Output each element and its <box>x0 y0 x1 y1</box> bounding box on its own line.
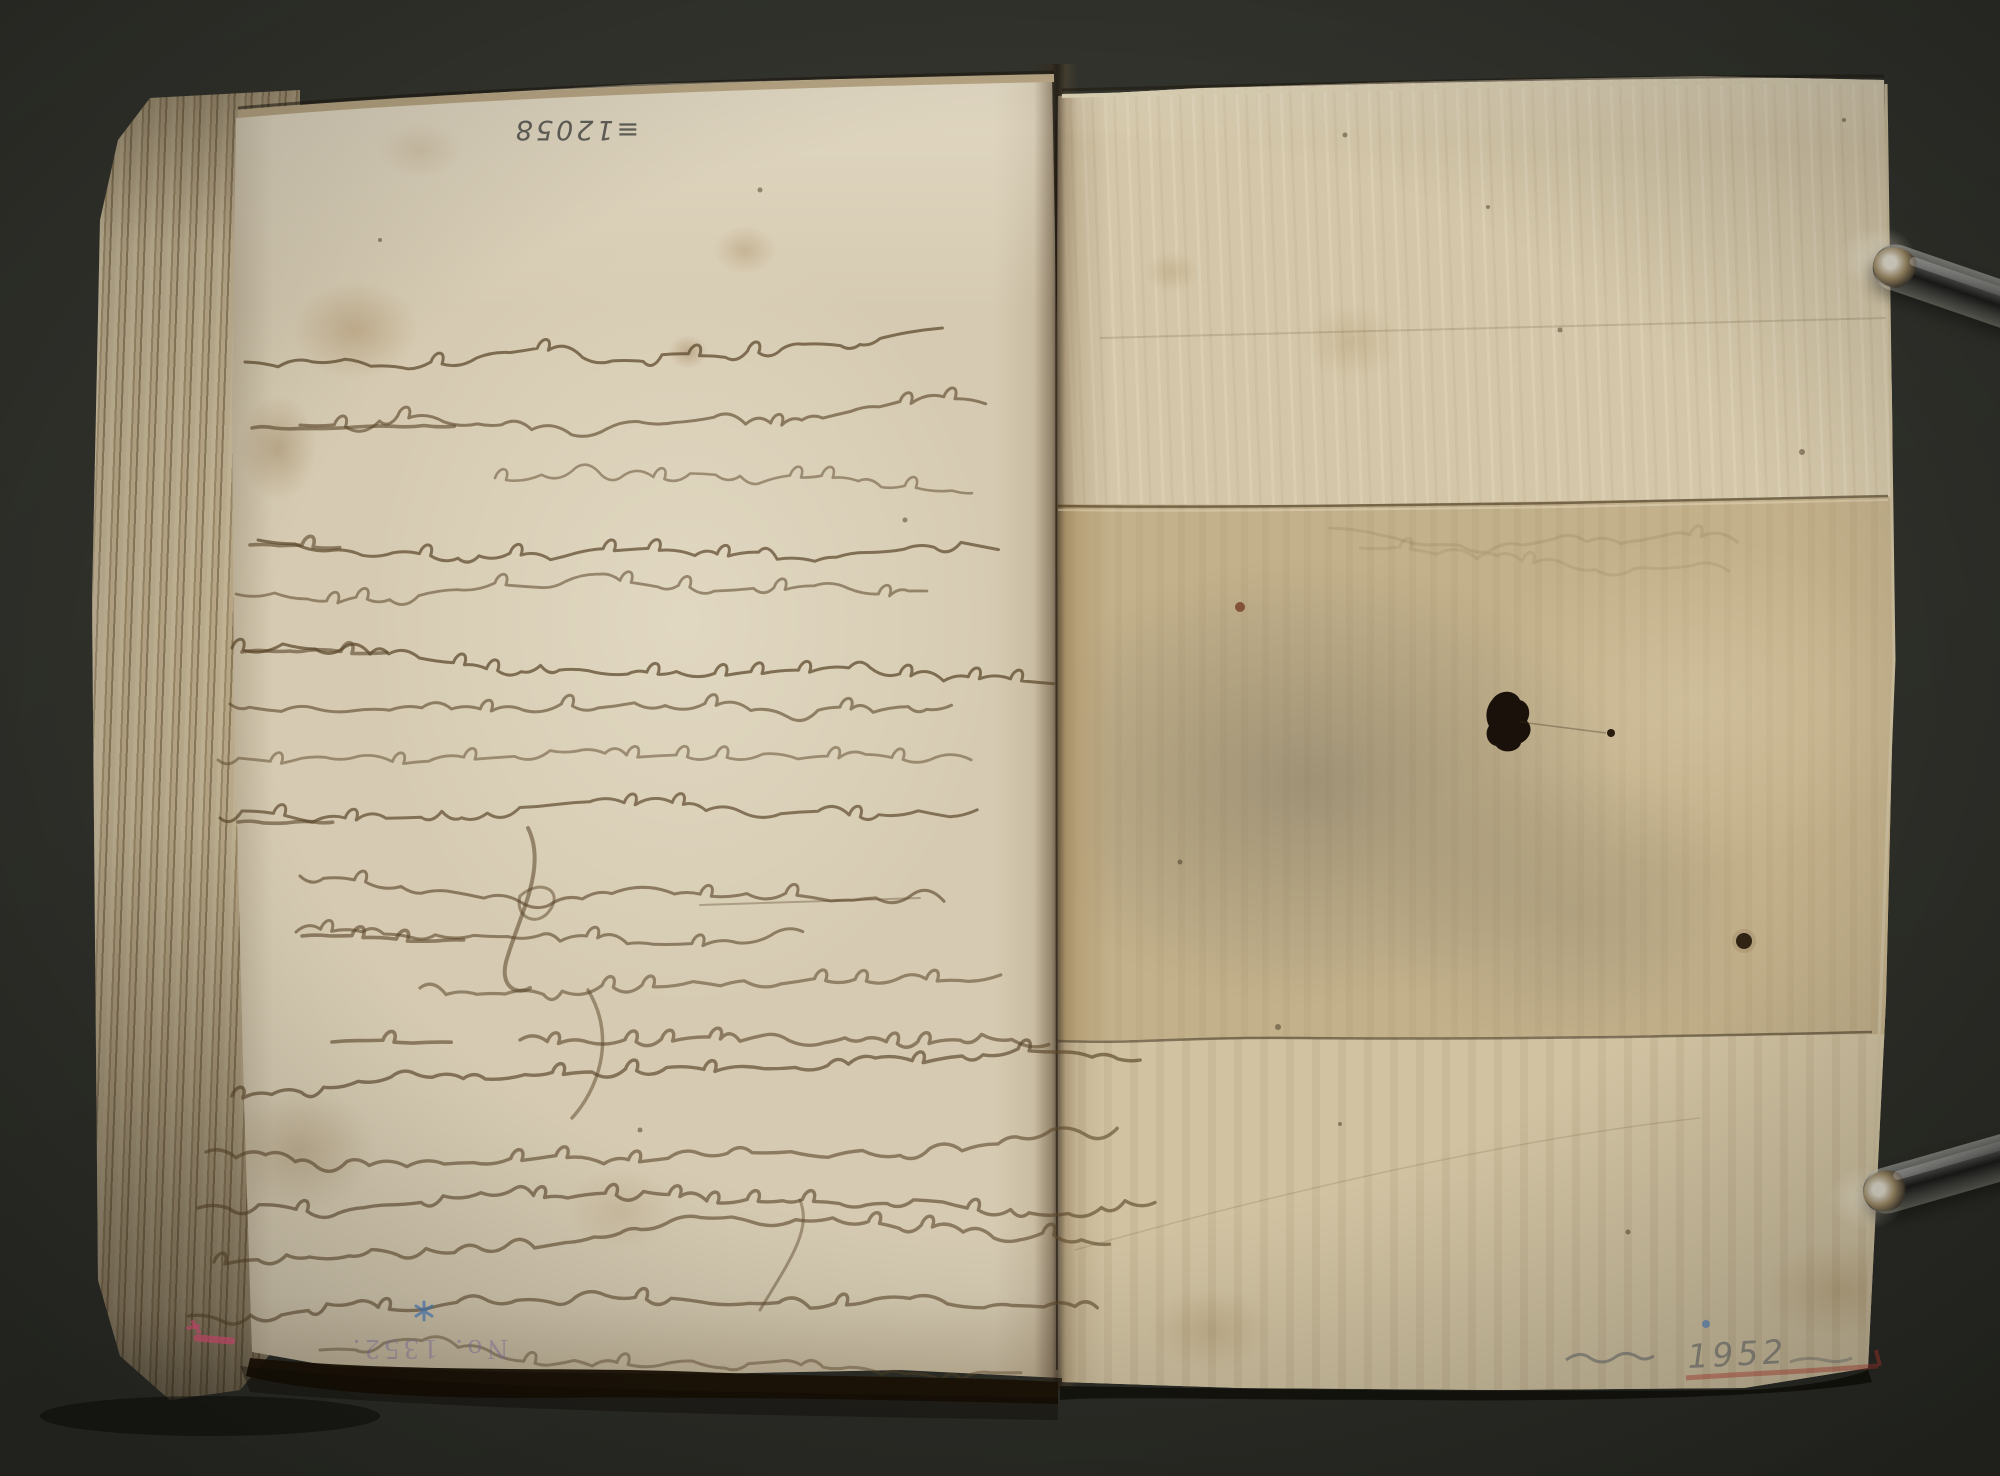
script-line <box>232 639 1054 684</box>
script-line <box>245 328 942 369</box>
handwriting-flourishes <box>505 828 920 1310</box>
script-line <box>495 465 972 494</box>
script-line <box>220 794 977 823</box>
script-line <box>198 1184 1155 1217</box>
handwritten-text-block <box>188 328 1738 1380</box>
ink-blot <box>1486 692 1615 752</box>
script-line <box>520 1028 1049 1047</box>
script-dash <box>238 821 333 823</box>
script-line <box>206 1128 1117 1171</box>
script-line <box>300 388 986 436</box>
script-line <box>230 695 951 721</box>
photo-backdrop: ≡12058 No. 1352. 1952 <box>0 0 2000 1476</box>
script-dash <box>252 426 454 429</box>
script-line <box>232 1040 1140 1098</box>
script-line <box>214 1213 1109 1264</box>
pencil-number-top: ≡12058 <box>513 114 640 145</box>
page-edge-highlights <box>238 72 1894 1366</box>
script-line <box>188 1289 1097 1325</box>
script-line <box>236 572 927 605</box>
script-dash <box>332 1031 451 1043</box>
archive-stamp: No. 1352. <box>348 1333 508 1365</box>
fold-creases <box>1056 120 1888 1370</box>
script-line <box>218 746 971 764</box>
script-line <box>296 921 803 946</box>
bottom-right-inscription: 1952 <box>1566 1320 1880 1378</box>
red-mark <box>188 1322 232 1341</box>
blue-speck <box>1702 1320 1710 1328</box>
wormhole-dot <box>1732 929 1756 953</box>
photo-detail-overlay: ≡12058 No. 1352. 1952 <box>0 0 2000 1476</box>
pencil-number-bottom: 1952 <box>1686 1332 1788 1376</box>
script-line <box>258 540 998 562</box>
cast-shadows <box>40 1358 1872 1436</box>
script-line <box>300 871 944 907</box>
